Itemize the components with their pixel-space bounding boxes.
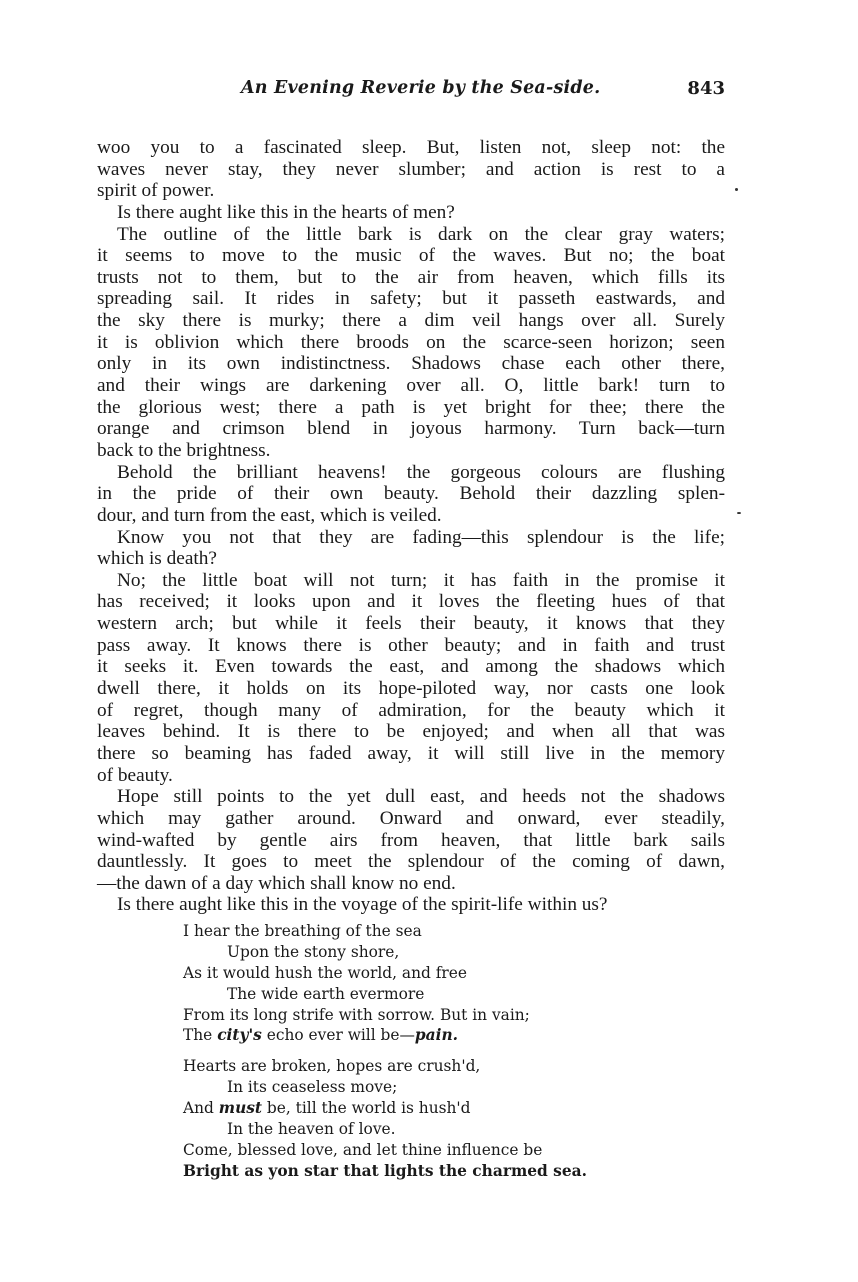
poem-stanza: I hear the breathing of the seaUpon the … — [183, 921, 663, 1046]
text-line: wind-wafted by gentle airs from heaven, … — [97, 830, 725, 852]
poem-text: The wide earth evermore — [227, 985, 424, 1003]
text-line: Hope still points to the yet dull east, … — [97, 786, 725, 808]
text-line: spirit of power. — [97, 180, 725, 202]
text-line: Know you not that they are fading—this s… — [97, 527, 725, 549]
text-line: trusts not to them, but to the air from … — [97, 267, 725, 289]
text-line: The outline of the little bark is dark o… — [97, 224, 725, 246]
poem-line: I hear the breathing of the sea — [183, 921, 663, 942]
text-line: Behold the brilliant heavens! the gorgeo… — [97, 462, 725, 484]
text-line: Is there aught like this in the hearts o… — [97, 202, 725, 224]
poem-text: From its long strife with sorrow. But in… — [183, 1006, 530, 1024]
text-line: which is death? — [97, 548, 725, 570]
poem-text: In the heaven of love. — [227, 1120, 396, 1138]
text-line: and their wings are darkening over all. … — [97, 375, 725, 397]
running-title: An Evening Reverie by the Sea-side. — [241, 78, 600, 98]
poem-text: I hear the breathing of the sea — [183, 922, 422, 940]
poem-line: In its ceaseless move; — [183, 1077, 663, 1098]
poem-text: As it would hush the world, and free — [183, 964, 467, 982]
poem-line: The city's echo ever will be—pain. — [183, 1025, 663, 1046]
poem-line: From its long strife with sorrow. But in… — [183, 1005, 663, 1026]
poem-line: Come, blessed love, and let thine influe… — [183, 1140, 663, 1161]
text-line: has received; it looks upon and it loves… — [97, 591, 725, 613]
text-line: there so beaming has faded away, it will… — [97, 743, 725, 765]
poem-line: As it would hush the world, and free — [183, 963, 663, 984]
text-line: back to the brightness. — [97, 440, 725, 462]
text-line: leaves behind. It is there to be enjoyed… — [97, 721, 725, 743]
ink-speck — [737, 512, 741, 514]
poem-text: Bright as yon star that lights the charm… — [183, 1162, 587, 1180]
text-line: woo you to a fascinated sleep. But, list… — [97, 137, 725, 159]
poem-text: The — [183, 1026, 217, 1044]
text-line: pass away. It knows there is other beaut… — [97, 635, 725, 657]
poem-line: Upon the stony shore, — [183, 942, 663, 963]
text-line: western arch; but while it feels their b… — [97, 613, 725, 635]
text-line: of regret, though many of admiration, fo… — [97, 700, 725, 722]
text-line: Is there aught like this in the voyage o… — [97, 894, 725, 916]
text-line: waves never stay, they never slumber; an… — [97, 159, 725, 181]
ink-speck — [735, 188, 738, 191]
text-line: the sky there is murky; there a dim veil… — [97, 310, 725, 332]
text-line: dauntlessly. It goes to meet the splendo… — [97, 851, 725, 873]
poem-line: And must be, till the world is hush'd — [183, 1098, 663, 1119]
text-line: spreading sail. It rides in safety; but … — [97, 288, 725, 310]
text-line: it seems to move to the music of the wav… — [97, 245, 725, 267]
poem-line: Hearts are broken, hopes are crush'd, — [183, 1056, 663, 1077]
text-line: of beauty. — [97, 765, 725, 787]
poem-line: In the heaven of love. — [183, 1119, 663, 1140]
poem-text: And — [183, 1099, 219, 1117]
poem-text: Come, blessed love, and let thine influe… — [183, 1141, 542, 1159]
text-line: orange and crimson blend in joyous harmo… — [97, 418, 725, 440]
page-number: 843 — [687, 78, 725, 99]
emphasized-text: pain. — [415, 1026, 458, 1044]
emphasized-text: must — [219, 1099, 262, 1117]
poem-text: In its ceaseless move; — [227, 1078, 397, 1096]
poem-line: The wide earth evermore — [183, 984, 663, 1005]
text-line: in the pride of their own beauty. Behold… — [97, 483, 725, 505]
poem: I hear the breathing of the seaUpon the … — [183, 921, 663, 1192]
poem-text: Upon the stony shore, — [227, 943, 399, 961]
text-line: dour, and turn from the east, which is v… — [97, 505, 725, 527]
prose-body: woo you to a fascinated sleep. But, list… — [97, 137, 725, 916]
emphasized-text: city's — [217, 1026, 262, 1044]
text-line: only in its own indistinctness. Shadows … — [97, 353, 725, 375]
poem-stanza: Hearts are broken, hopes are crush'd,In … — [183, 1056, 663, 1181]
scanned-page: An Evening Reverie by the Sea-side. 843 … — [0, 0, 858, 1282]
text-line: it seeks it. Even towards the east, and … — [97, 656, 725, 678]
text-line: the glorious west; there a path is yet b… — [97, 397, 725, 419]
text-line: dwell there, it holds on its hope-pilote… — [97, 678, 725, 700]
text-line: it is oblivion which there broods on the… — [97, 332, 725, 354]
text-line: No; the little boat will not turn; it ha… — [97, 570, 725, 592]
poem-text: Hearts are broken, hopes are crush'd, — [183, 1057, 480, 1075]
poem-text: echo ever will be— — [262, 1026, 415, 1044]
poem-text: be, till the world is hush'd — [262, 1099, 470, 1117]
text-line: —the dawn of a day which shall know no e… — [97, 873, 725, 895]
running-head: An Evening Reverie by the Sea-side. 843 — [97, 78, 725, 104]
text-line: which may gather around. Onward and onwa… — [97, 808, 725, 830]
poem-line: Bright as yon star that lights the charm… — [183, 1161, 663, 1182]
